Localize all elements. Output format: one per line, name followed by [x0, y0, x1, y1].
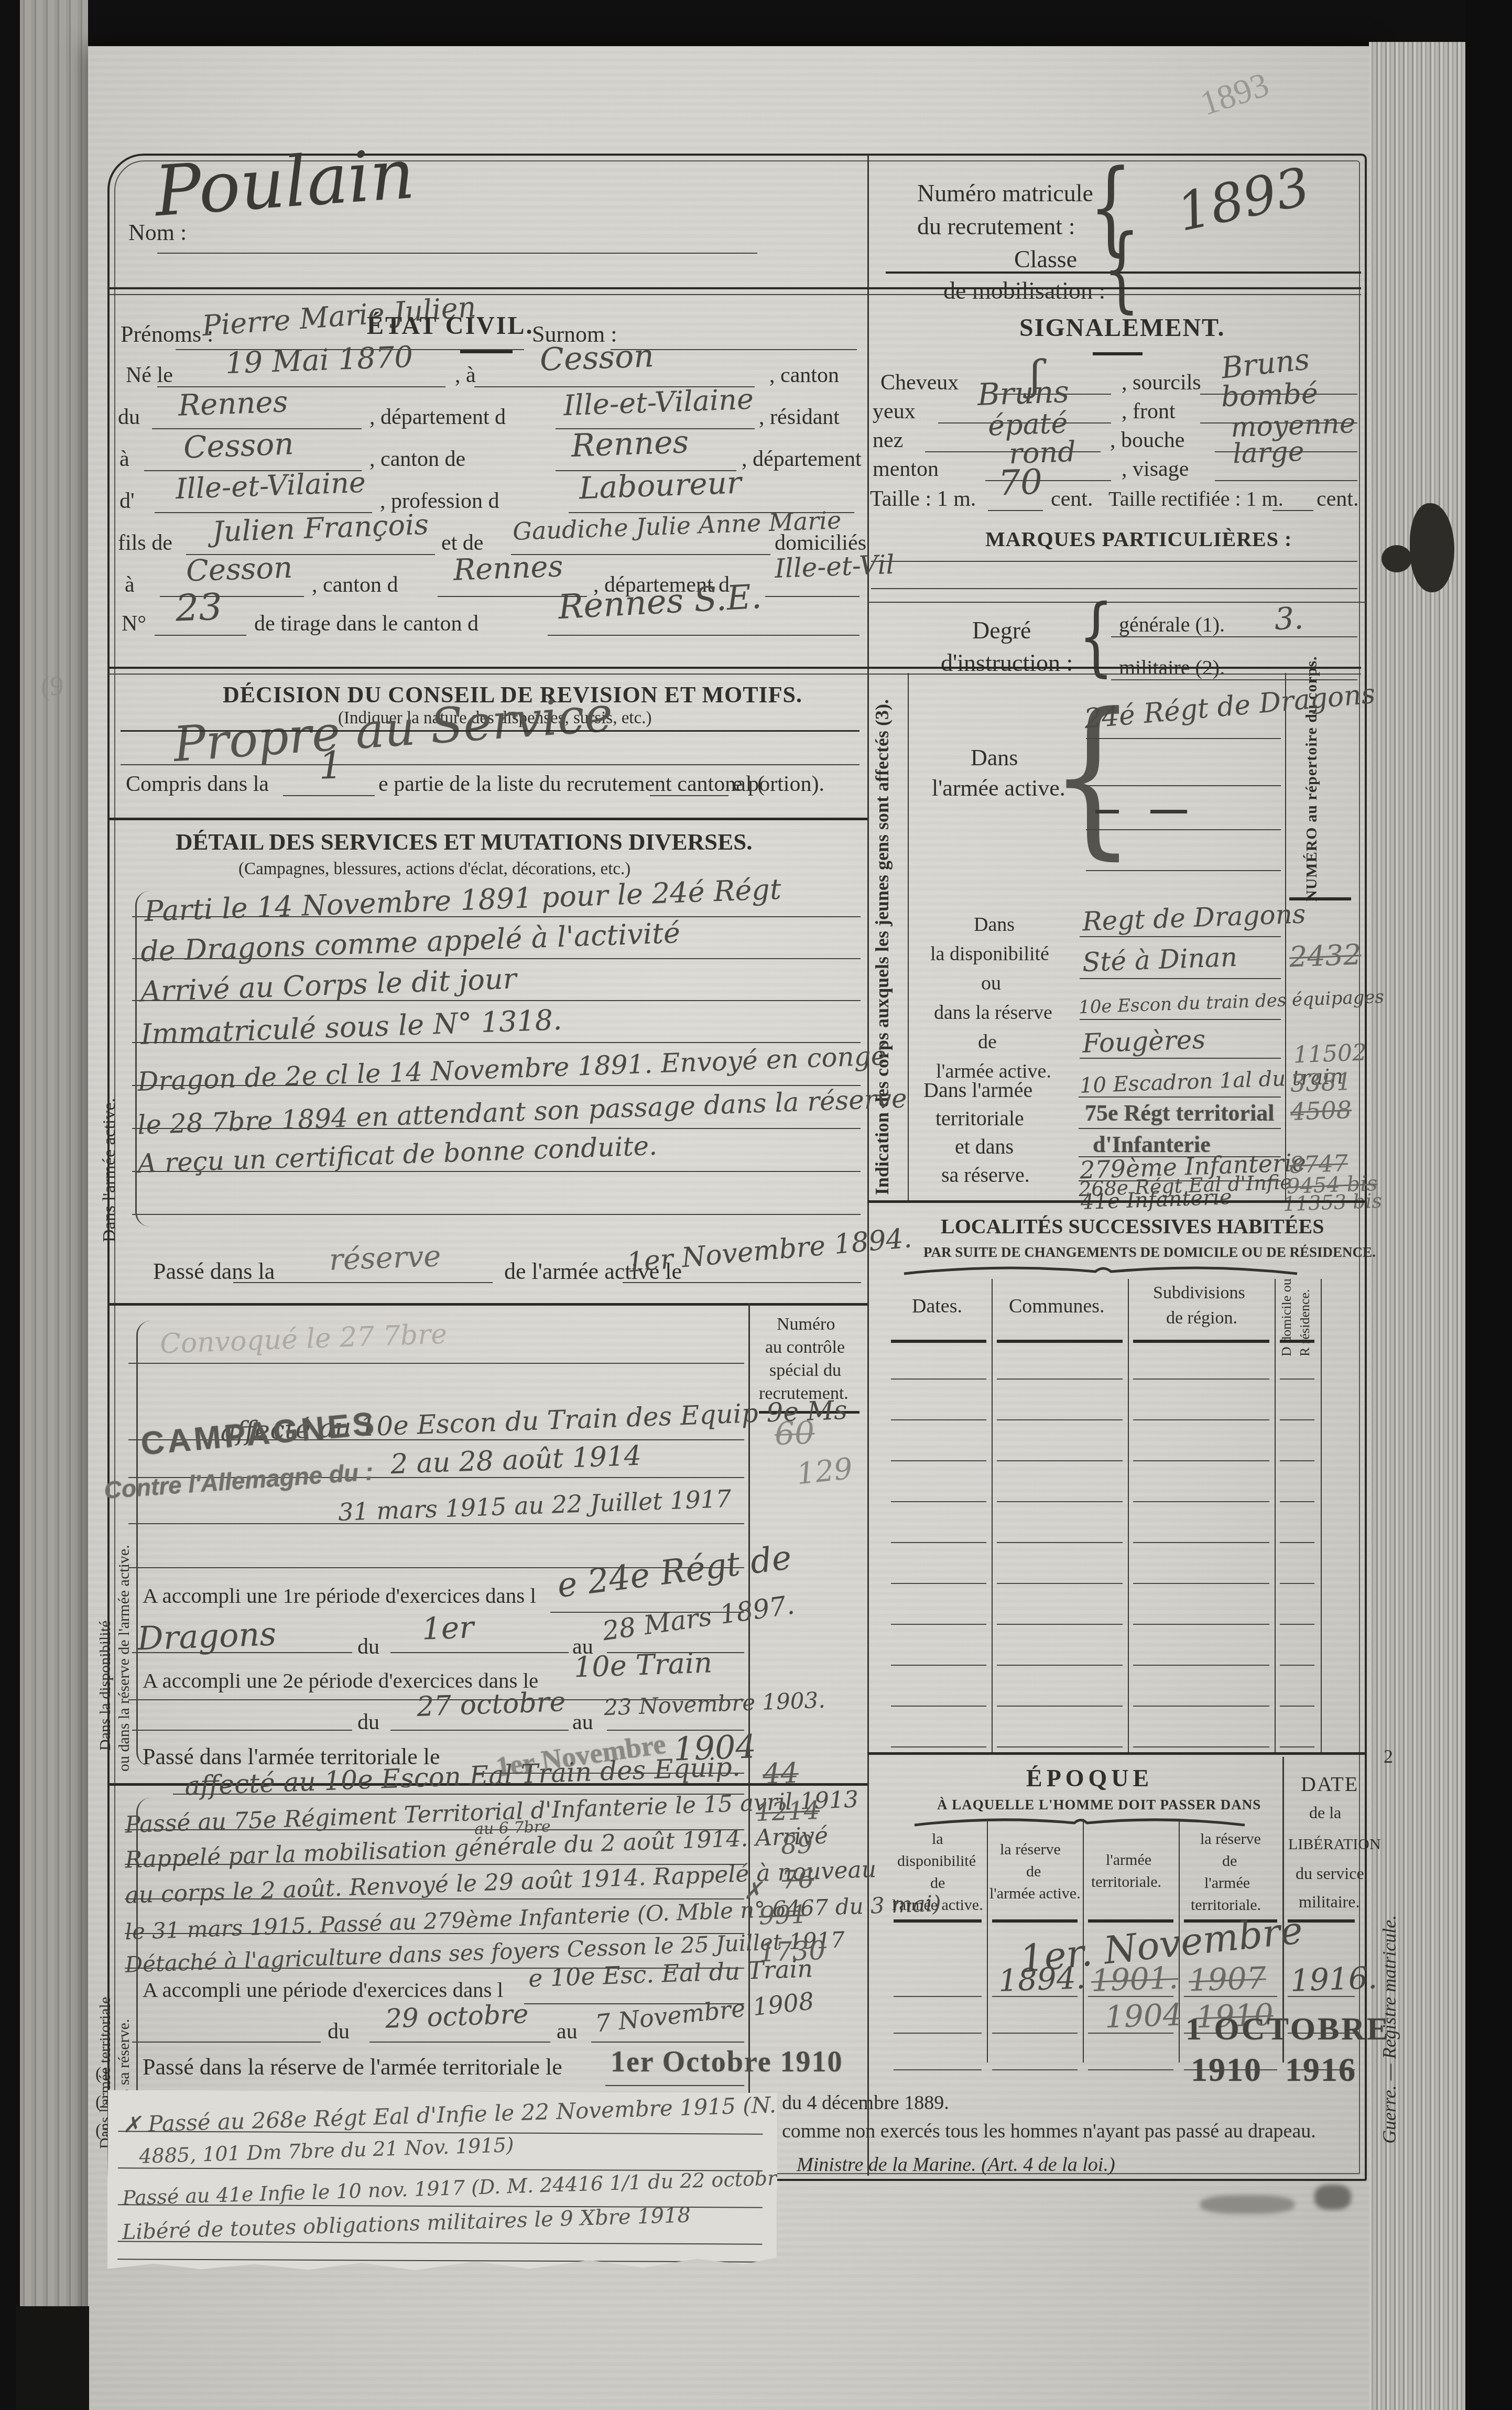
rule [125, 1898, 744, 1899]
services1-vertical-label: Dans l'armée active. [100, 970, 119, 1242]
terr-du-label: du [328, 2019, 350, 2044]
rule [132, 2042, 321, 2043]
localites-row-rule [891, 1460, 1314, 1461]
terr-label4: sa réserve. [941, 1163, 1030, 1187]
terr-start-hw: 29 octobre [385, 1999, 529, 2034]
background-right [1465, 0, 1512, 2410]
draw-text-label: de tirage dans le canton d [254, 611, 478, 636]
epoque-value-1907: 1907 [1188, 1960, 1267, 1998]
liberation-stamp-month: 1 OCTOBRE [1185, 2011, 1390, 2048]
canton-hw: Rennes [178, 385, 288, 422]
epoque-value-1894: 1894. [998, 1960, 1086, 1999]
compris-label2: e partie de la liste du recrutement cant… [378, 772, 765, 797]
rule [871, 588, 1357, 589]
mouth-label: , bouche [1110, 428, 1184, 453]
terr-margin-num1: 44 [762, 1756, 799, 1790]
instruction-label1: Degré [972, 616, 1031, 644]
epoque-row-rule [894, 1996, 1355, 1997]
header-bottom-rule [110, 287, 1361, 289]
localites-row-rule [891, 1583, 1314, 1584]
rule [117, 2259, 762, 2262]
epoque-c2a: la réserve [1000, 1841, 1061, 1859]
rule [132, 1042, 861, 1043]
corps-bottom-rule [867, 1200, 1366, 1203]
periode1-du-label: du [357, 1634, 379, 1659]
localites-col3-line [1275, 1279, 1276, 1752]
dispo-num4: 11502 [1293, 1039, 1367, 1069]
controle-num2: 129 [795, 1452, 854, 1492]
passe-reserve-label1: Passé dans la [153, 1258, 275, 1285]
ink-blot-small [1382, 545, 1412, 572]
services-subtitle: (Campagnes, blessures, actions d'éclat, … [238, 860, 630, 879]
compris-label3: e portion). [733, 772, 824, 797]
rule [591, 2042, 744, 2043]
rule [1086, 785, 1281, 786]
epoque-c1b: disponibilité [897, 1852, 976, 1870]
dispo-hw2: Sté à Dinan [1082, 942, 1238, 978]
rule [1086, 870, 1281, 871]
instruction-brace: { [1079, 586, 1114, 685]
terr-au-label: au [557, 2019, 578, 2044]
dispo-label5: de [978, 1030, 997, 1054]
margin-check-mark: ✗ [743, 1877, 763, 1904]
ink-dash [1095, 810, 1119, 813]
periode2-au-label: au [572, 1710, 593, 1735]
slip-line1: ✗ Passé au 268e Régt Eal d'Infie le 22 N… [122, 2090, 839, 2137]
compris-label1: Compris dans la [126, 772, 269, 797]
pasted-note-slip: ✗ Passé au 268e Régt Eal d'Infie le 22 N… [107, 2090, 777, 2274]
draw-number-hw: 23 [175, 585, 223, 629]
firstnames-label: Prénoms : [121, 321, 213, 348]
rule [233, 1282, 493, 1283]
departement-hw: Ille-et-Vilaine [563, 383, 754, 422]
forehead-hw: bombé [1221, 377, 1319, 413]
rule [132, 1128, 861, 1129]
face-hw: large [1232, 436, 1305, 470]
height-hw: 70 [998, 462, 1043, 504]
compris-hw: 1 [318, 743, 344, 788]
terr-num1: 3381 [1290, 1067, 1352, 1098]
rule [765, 596, 860, 597]
epoque-c2b: de [1026, 1863, 1041, 1881]
signalement-dash [1093, 352, 1143, 355]
localites-col1-line [992, 1279, 993, 1752]
canton-of-label: du [118, 405, 140, 430]
cm2-label: cent. [1317, 486, 1358, 512]
epoque-date-label2: de la [1309, 1803, 1341, 1822]
localites-row-rule [891, 1501, 1314, 1502]
margin-caption-number: 2 [1384, 1745, 1393, 1767]
rule [1080, 978, 1281, 979]
smudge-bottom1 [1200, 2195, 1295, 2214]
section-rule-1b [110, 674, 1361, 675]
departement-label: , département d [369, 405, 506, 430]
birth-label: Né le [126, 363, 173, 388]
rule [650, 795, 728, 796]
rule [132, 1652, 352, 1653]
birth-date-hw: 19 Mai 1870 [225, 340, 414, 381]
epoque-row-rule [894, 2069, 1355, 2070]
terr-num2: 4508 [1290, 1095, 1352, 1126]
services2-vertical-label1: Dans la disponibilité [96, 1342, 114, 1751]
mother-label: et de [441, 530, 483, 556]
localites-row-rule [891, 1624, 1314, 1625]
localites-col4-line [1321, 1279, 1322, 1752]
localites-col-dr2: R résidence. [1297, 1283, 1313, 1356]
hair-label: Cheveux [880, 370, 959, 395]
domicile-hw: Cesson [186, 550, 293, 588]
cm-label: cent. [1051, 486, 1093, 512]
terr-margin-num3: 89 [780, 1830, 813, 1860]
chin-label: menton [873, 457, 939, 482]
margin-caption-vertical: Guerre. — Registre matricule. [1378, 1798, 1400, 2144]
dispo-label4: dans la réserve [934, 1001, 1052, 1024]
dispo-label1: Dans [974, 913, 1015, 936]
classe-label-line2: de mobilisation : [943, 277, 1105, 305]
localites-col-dates: Dates. [912, 1295, 962, 1318]
rule [1080, 936, 1281, 937]
etat-civil-title: ÉTAT CIVIL. [367, 311, 534, 340]
etat-civil-dash [460, 350, 513, 353]
slip-line4: Libéré de toutes obligations militaires … [122, 2203, 691, 2244]
rule [390, 1652, 569, 1653]
epoque-value-1901: 1901. [1091, 1960, 1179, 1999]
periode2-du-label: du [357, 1710, 379, 1735]
residence-canton-label: , canton de [369, 447, 465, 472]
epoque-date-label3: LIBÉRATION [1288, 1836, 1381, 1853]
corps-divider [908, 673, 909, 1200]
section-rule-2 [110, 818, 867, 820]
domicile-canton-hw: Rennes [453, 549, 563, 587]
controle-label3: spécial du [769, 1361, 841, 1381]
residence-canton-hw: Rennes [571, 424, 690, 464]
rule [157, 386, 445, 387]
rule [1086, 738, 1281, 739]
localites-col2-line [1128, 1279, 1129, 1752]
epoque-date-label5: militaire. [1299, 1892, 1359, 1912]
smudge-bottom2 [1314, 2185, 1351, 2210]
draw-number-label: N° [122, 611, 146, 636]
terr-label3: et dans [955, 1134, 1014, 1159]
instruction-label2: d'instruction : [941, 649, 1073, 677]
rule [1111, 679, 1357, 680]
epoque-c4a: la réserve [1200, 1830, 1261, 1848]
periode1-corps-hw: Dragons [137, 1614, 277, 1657]
periode2-start-hw: 27 octobre [416, 1686, 566, 1723]
localites-row-rule [891, 1419, 1314, 1420]
terr-stamp1: 75e Régt territorial [1085, 1100, 1275, 1126]
face-label: , visage [1122, 457, 1189, 482]
rule [1086, 829, 1281, 830]
rule [1111, 636, 1357, 637]
footnote-right3: Ministre de la Marine. (Art. 4 de la loi… [797, 2153, 1115, 2176]
localites-row-rule [891, 1746, 1314, 1747]
classe-label-line1: Classe [1014, 245, 1077, 273]
localites-col-subdiv2: de région. [1166, 1308, 1237, 1328]
epoque-c4d: territoriale. [1191, 1896, 1261, 1914]
surname-rule [157, 253, 757, 254]
rule [1080, 1019, 1281, 1020]
rule [132, 1171, 861, 1172]
rule [871, 561, 1357, 562]
epoque-value-1904: 1904 [1104, 1996, 1183, 2035]
epoque-date-label4: du service [1296, 1864, 1364, 1883]
rule [121, 764, 860, 765]
epoque-top-rule [867, 1752, 1366, 1755]
rule [132, 1000, 861, 1001]
slip-line3: Passé au 41e Infie le 10 nov. 1917 (D. M… [122, 2164, 854, 2210]
residence-at-label: à [119, 447, 129, 472]
corner-shadow [16, 2306, 89, 2410]
adjacent-page-edge [20, 0, 88, 2410]
localites-subtitle: PAR SUITE DE CHANGEMENTS DE DOMICILE OU … [923, 1244, 1376, 1261]
epoque-subtitle: À LAQUELLE L'HOMME DOIT PASSER DANS [937, 1797, 1261, 1813]
terr-periode-label: A accompli une période d'exercices dans … [143, 1977, 503, 2002]
rule [1215, 480, 1357, 481]
epoque-c1a: la [932, 1830, 943, 1848]
rule [369, 2042, 550, 2043]
rule [1079, 1128, 1281, 1129]
footnote-right1: du 4 décembre 1889. [782, 2091, 949, 2114]
rule [390, 1730, 569, 1731]
slip-line2: 4885, 101 Dm 7bre du 21 Nov. 1915) [139, 2133, 514, 2168]
height-fixed-label: Taille rectifiée : 1 m. [1108, 486, 1283, 511]
services2-vertical-label2: ou dans la réserve de l'armée active. [115, 1321, 133, 1772]
localites-brace-ornament [901, 1262, 1300, 1278]
matricule-label-line2: du recrutement : [917, 212, 1075, 240]
passe-reserve-hw: réserve [329, 1239, 441, 1277]
rule [623, 1282, 861, 1283]
footnote-frag1: (1) L [95, 2064, 111, 2084]
dispo-label2: la disponibilité [930, 942, 1049, 965]
terr-label1: Dans l'armée [923, 1078, 1032, 1102]
localites-title: LOCALITÉS SUCCESSIVES HABITÉES [941, 1214, 1324, 1239]
localites-col-subdiv1: Subdivisions [1153, 1283, 1245, 1303]
terr-margin-num4: 76 [781, 1864, 814, 1895]
active-label1: Dans [971, 744, 1018, 771]
dispo-num2: 2432 [1289, 938, 1362, 974]
localites-col-communes: Communes. [1009, 1295, 1105, 1318]
dispo-hw4: Fougères [1082, 1024, 1206, 1059]
passe-res-terr-label: Passé dans la réserve de l'armée territo… [143, 2054, 562, 2080]
periode1-start-hw: 1er [421, 1609, 474, 1646]
active-label2: l'armée active. [932, 775, 1065, 801]
localites-row-rule [891, 1665, 1314, 1666]
rule [283, 795, 375, 796]
localites-col-dr1: D domicile ou [1279, 1283, 1295, 1356]
rule [1272, 510, 1313, 511]
instruction-general-hw: 3. [1274, 600, 1304, 637]
rule [121, 730, 860, 732]
localites-row-rule [891, 1378, 1314, 1380]
epoque-c3a: l'armée [1106, 1851, 1151, 1869]
rule [117, 2241, 762, 2244]
epoque-c2c: l'armée active. [989, 1885, 1081, 1903]
rule [1079, 1097, 1281, 1098]
rule [132, 1730, 352, 1731]
domicile-canton-label: , canton d [312, 572, 398, 598]
epoque-c1d: l'armée active. [892, 1896, 983, 1914]
rule [128, 1523, 744, 1524]
terr-margin-num5: 991 [758, 1899, 808, 1930]
localites-row-rule [891, 1542, 1314, 1543]
epoque-c3b: territoriale. [1091, 1873, 1161, 1891]
passe-res-terr-stamp: 1er Octobre 1910 [611, 2045, 843, 2079]
classe-brace: { [1103, 215, 1140, 322]
rule [155, 635, 246, 636]
footnote-right2: comme non exercés tous les hommes n'ayan… [782, 2120, 1316, 2143]
localites-head-rule [891, 1340, 1314, 1343]
epoque-c4c: l'armée [1204, 1874, 1250, 1892]
eyes-label: yeux [873, 399, 916, 424]
periode1-label: A accompli une 1re période d'exercices d… [143, 1583, 536, 1608]
residence-dept-label: , département [742, 447, 862, 472]
eyebrows-label: , sourcils [1122, 370, 1201, 395]
birth-at-label: , à [455, 363, 476, 388]
resident-label: , résidant [759, 405, 840, 430]
scanned-register-page: 1893 (9 Poulain Nom : Pierre Marie Julie… [0, 0, 1512, 2410]
localites-row-rule [891, 1706, 1314, 1707]
marks-label: MARQUES PARTICULIÈRES : [985, 527, 1292, 551]
periode2-hw: 10e Train [573, 1646, 713, 1684]
epoque-value-1916: 1916. [1290, 1960, 1378, 1999]
rule [988, 510, 1043, 511]
rule [132, 916, 861, 917]
instruction-general-label: générale (1). [1119, 612, 1225, 637]
signalement-title: SIGNALEMENT. [1019, 313, 1225, 342]
height-label: Taille : 1 m. [870, 486, 976, 512]
epoque-brace-ornament [912, 1815, 1247, 1828]
domicile-at-label: à [125, 572, 135, 598]
controle-label2: au contrôle [765, 1338, 845, 1358]
rule [128, 1363, 744, 1364]
numero-divider [1285, 673, 1286, 1200]
epoque-date-label1: DATE [1301, 1772, 1358, 1796]
controle-label1: Numéro [777, 1315, 835, 1334]
ink-dash [1150, 810, 1187, 813]
rule [548, 635, 860, 636]
rule [605, 2085, 744, 2086]
pencil-annotation-margin: (9 [41, 671, 63, 702]
father-label: fils de [118, 530, 172, 556]
services-title: DÉTAIL DES SERVICES ET MUTATIONS DIVERSE… [176, 828, 752, 855]
epoque-col1-line [987, 1819, 988, 2062]
matricule-label-line1: Numéro matricule [917, 179, 1093, 207]
nose-label: nez [873, 428, 903, 453]
domicile-dept-hw: Ille-et-Vil [774, 549, 895, 584]
rule [132, 1085, 861, 1086]
dept-prefix-label: d' [119, 488, 135, 514]
dispo-label3: ou [981, 972, 1001, 995]
terr-label2: territoriale [936, 1106, 1024, 1131]
dept-hw: Ille-et-Vilaine [175, 466, 366, 506]
header-bottom-rule2 [110, 294, 1361, 295]
forehead-label: , front [1122, 399, 1176, 424]
rule [132, 958, 861, 959]
rule [1080, 1058, 1281, 1059]
birth-place-hw: Cesson [539, 338, 655, 378]
surname-label: Nom : [128, 219, 187, 246]
corps-vertical-label: Indication des corps auxquels les jeunes… [871, 692, 893, 1195]
section-rule-1 [110, 667, 1361, 669]
rule [132, 1214, 861, 1215]
section-rule-3 [110, 1303, 867, 1306]
profession-hw: Laboureur [579, 465, 742, 506]
epoque-c4b: de [1222, 1852, 1237, 1870]
epoque-c1c: de [930, 1874, 945, 1892]
residence-hw: Cesson [183, 426, 295, 465]
epoque-title: ÉPOQUE [1026, 1764, 1153, 1792]
canton-label: , canton [769, 363, 839, 388]
